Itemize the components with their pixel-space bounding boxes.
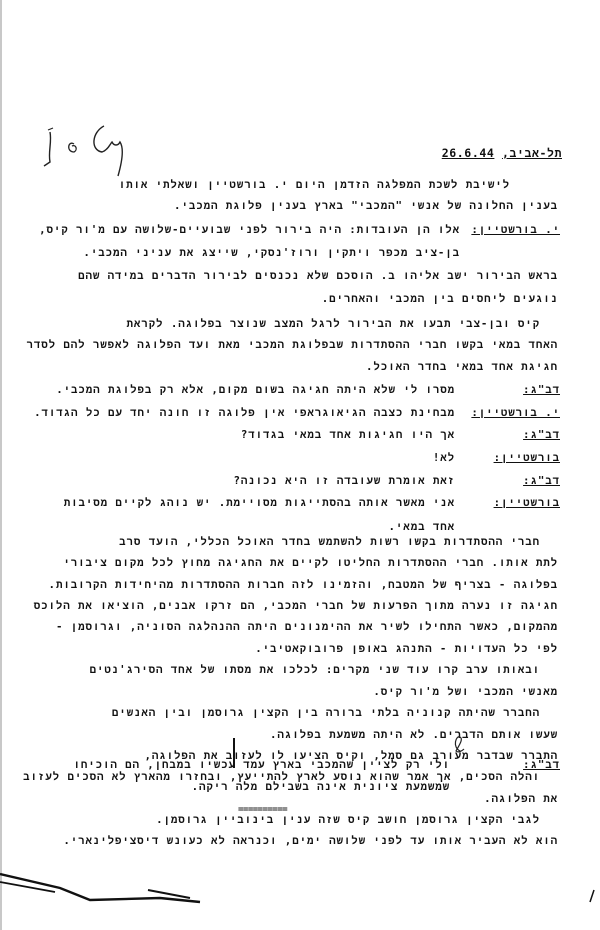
text-line: האחד במאי בקשו חברי ההסתדרות שבפלוגת המכ… <box>26 338 558 352</box>
speaker-label: בורשטיין: <box>494 451 560 465</box>
text-line: אני מאשר אותה בהסתייגות מסויימת. יש נוהג… <box>64 496 455 510</box>
narrative-line: מאנשי המכבי ושל מ'ור קיס. <box>373 685 558 699</box>
narrative-line: הוא לא העביר אותו עד לפני שלושה ימים, וכ… <box>63 834 558 848</box>
header-place: תל-אביב, <box>502 146 562 160</box>
handwritten-signature <box>40 118 140 178</box>
speaker-label: י. בורשטיין: <box>471 223 560 237</box>
text-line: אך היו חגיגות אחד במאי בגדוד? <box>241 428 455 442</box>
text-line: אלו הן העובדות: היה בירור לפני שבועיים-ש… <box>39 223 460 237</box>
speaker-label: דב"ג: <box>523 383 560 397</box>
header-date: 26.6.44 <box>442 146 495 160</box>
page-edge <box>0 0 2 930</box>
narrative-line: ובאותו ערב קרו עוד שני מקרים: לכלכו את מ… <box>90 663 540 677</box>
text-line: אחד במאי. <box>389 520 455 534</box>
narrative-line: החברר שהיתה קנוניה בלתי ברורה בין הקצין … <box>112 706 540 720</box>
intro-line: בענין החלונה של אנשי "המכבי" בארץ בענין … <box>174 199 558 213</box>
text-line: נוגעים ליחסים בין המכבי והאחרים. <box>322 292 558 306</box>
narrative-line: לתת אותו. חברי ההסתדרות החליטו לקיים את … <box>63 556 558 570</box>
speaker-label: דב"ג: <box>523 474 560 488</box>
text-line: לא! <box>433 451 455 465</box>
text-line: מבחינת כצבה הגיאוגראפי אין פלוגה זו חונה… <box>34 406 455 420</box>
text-line: קיס ובן-צבי תבעו את הבירור לרגל המצב שנו… <box>127 317 540 331</box>
narrative-line: לגבי הקצין גרוסמן חושב קיס שזה ענין בינו… <box>156 813 540 827</box>
text-line: שמשמעת ציונית אינה בשבילם מלה ריקה. <box>192 780 450 794</box>
text-line: ולי רק לציין שהמכבי בארץ עמד עכשיו במבחן… <box>73 758 450 772</box>
narrative-line: חגיגה זו נערה מתוך הפרעות של חברי המכבי,… <box>34 599 558 613</box>
text-line: זאת אומרת שעובדה זו היא נכונה? <box>233 474 455 488</box>
narrative-line: מהמקום, כאשר התחילו לשיר את ההימנונים הי… <box>56 620 558 634</box>
text-line: מסרו לי שלא היתה חגיגה בשום מקום, אלא רק… <box>56 383 455 397</box>
text-line: חגיגת אחד במאי בחדר האוכל. <box>366 360 558 374</box>
pen-strike-mark <box>233 738 235 768</box>
speaker-label: דב"ג: <box>523 428 560 442</box>
end-separator: ========== <box>238 805 287 815</box>
text-line: בן-ציב מכפר ויתקין ורוז'נסקי, שייצג את ע… <box>83 246 460 260</box>
narrative-line: חברי ההסתדרות בקשו רשות להשתמש בחדר האוכ… <box>119 535 540 549</box>
speaker-label: י. בורשטיין: <box>471 406 560 420</box>
narrative-line: בפלוגה - בצריף של המטבח, והזמינו לזה חבר… <box>49 578 558 592</box>
narrative-line: לפי כל העדויות - התנהג באופן פרובוקאטיבי… <box>255 642 558 656</box>
text-line: בראש הבירור ישב אליהו ב. הוסכם שלא נכנסי… <box>78 269 558 283</box>
handwritten-margin-mark <box>448 733 470 755</box>
speaker-label: בורשטיין: <box>494 496 560 510</box>
narrative-line: את הפלוגה. <box>484 792 558 806</box>
speaker-label: דב"ג: <box>523 758 560 772</box>
intro-line: לישיבת לשכת המפלגה הזדמן היום י. בורשטיי… <box>119 178 510 192</box>
narrative-line: שעשו אותם הדברים. לא היתה משמעת בפלוגה. <box>270 728 558 742</box>
header-place-date: תל-אביב, 26.6.44 <box>442 146 562 161</box>
bottom-scribble <box>0 850 600 910</box>
